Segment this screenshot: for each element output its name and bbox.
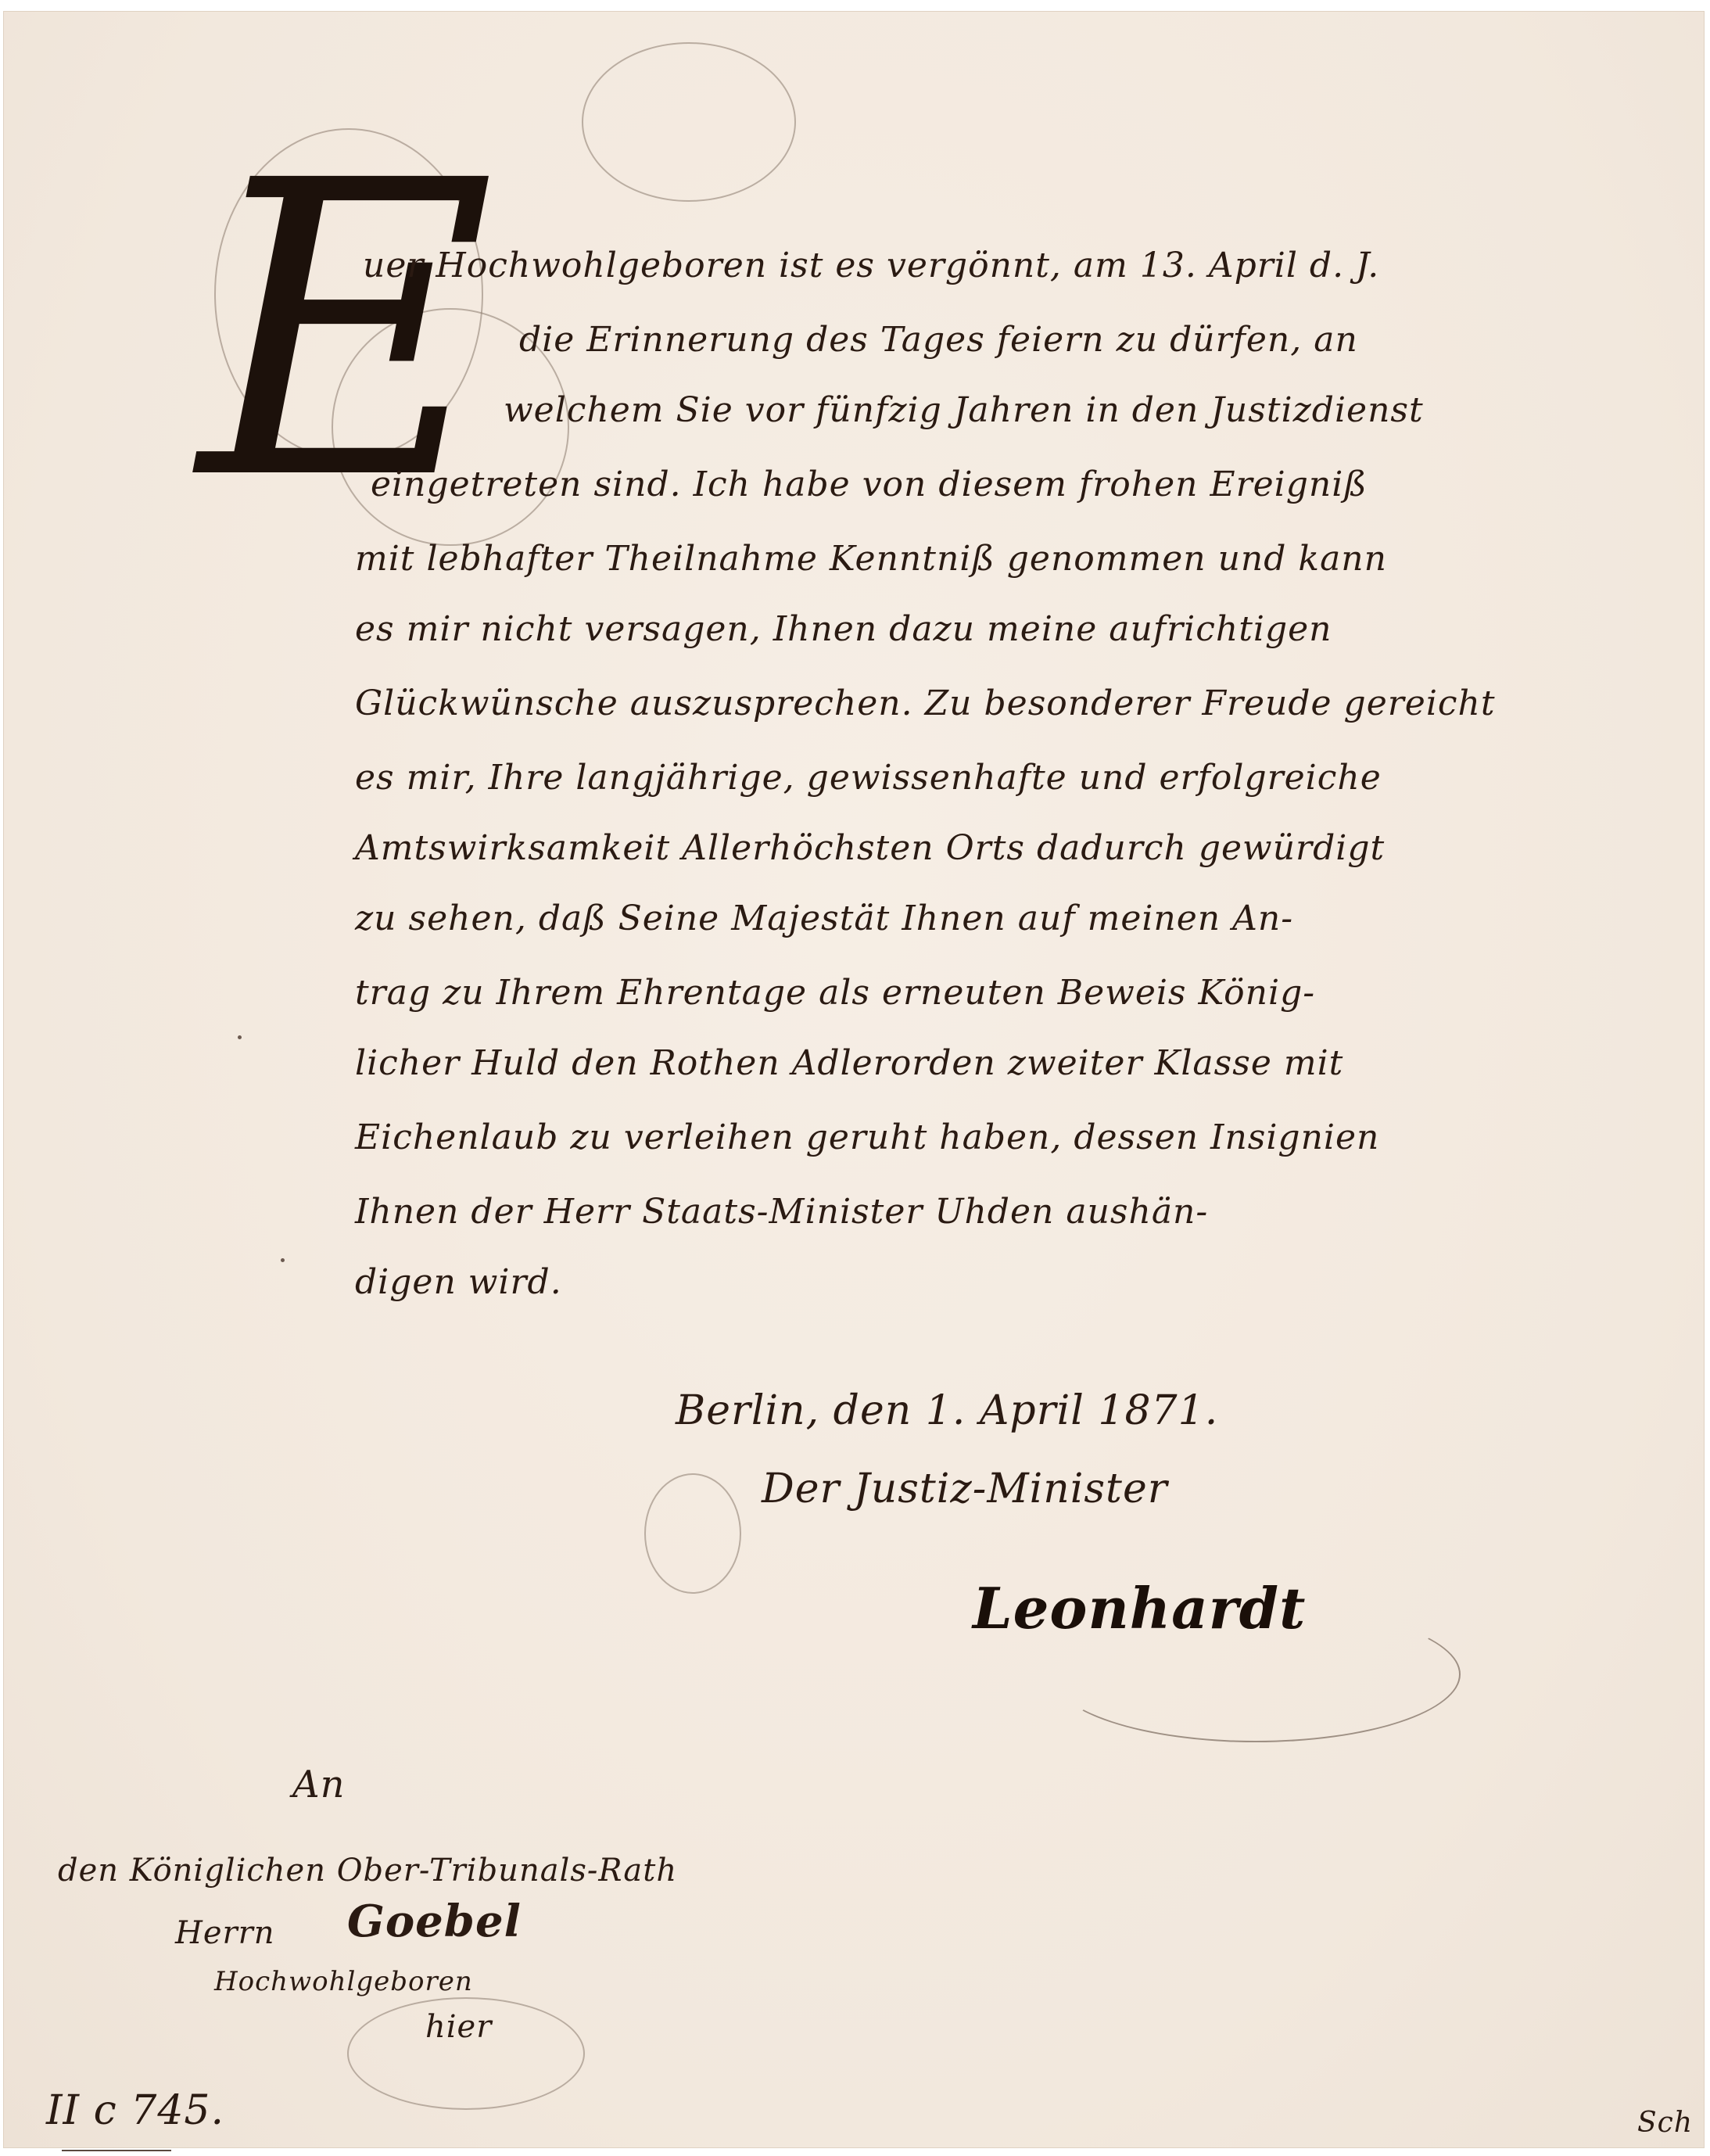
body-line-14: Ihnen der Herr Staats-Minister Uhden aus… bbox=[355, 1192, 1208, 1232]
sender-title: Der Justiz-Minister bbox=[762, 1465, 1168, 1512]
body-line-13: Eichenlaub zu verleihen geruht haben, de… bbox=[355, 1117, 1379, 1157]
signature-flourish bbox=[1051, 1606, 1461, 1742]
address-flourish bbox=[347, 1997, 585, 2110]
place-date: Berlin, den 1. April 1871. bbox=[676, 1387, 1218, 1434]
body-line-2: die Erinnerung des Tages feiern zu dürfe… bbox=[519, 320, 1358, 360]
recipient-honorific: Hochwohlgeboren bbox=[214, 1966, 473, 1997]
body-line-6: es mir nicht versagen, Ihnen dazu meine … bbox=[355, 609, 1332, 649]
margin-mark bbox=[238, 1035, 242, 1039]
initial-flourish-top bbox=[582, 42, 796, 202]
reference-number: II c 745. bbox=[46, 2087, 224, 2134]
margin-mark bbox=[281, 1258, 285, 1262]
address-line-1: den Königlichen Ober-Tribunals-Rath bbox=[58, 1853, 677, 1889]
body-line-1: uer Hochwohlgeboren ist es vergönnt, am … bbox=[363, 246, 1379, 285]
body-line-11: trag zu Ihrem Ehrentage als erneuten Bew… bbox=[355, 973, 1315, 1013]
title-flourish bbox=[644, 1473, 741, 1594]
reference-underline bbox=[62, 2150, 171, 2151]
body-line-9: Amtswirksamkeit Allerhöchsten Orts dadur… bbox=[355, 828, 1385, 868]
corner-mark: Sch bbox=[1637, 2107, 1693, 2139]
body-line-5: mit lebhafter Theilnahme Kenntniß genomm… bbox=[355, 539, 1387, 579]
body-line-4: eingetreten sind. Ich habe von diesem fr… bbox=[371, 465, 1368, 504]
body-line-12: licher Huld den Rothen Adlerorden zweite… bbox=[355, 1043, 1343, 1083]
body-line-10: zu sehen, daß Seine Majestät Ihnen auf m… bbox=[355, 899, 1293, 938]
letter-paper: E uer Hochwohlgeboren ist es vergönnt, a… bbox=[3, 11, 1705, 2148]
address-salutation: Herrn bbox=[175, 1915, 275, 1951]
body-line-3: welchem Sie vor fünfzig Jahren in den Ju… bbox=[504, 390, 1424, 430]
address-prefix: An bbox=[292, 1763, 346, 1806]
recipient-name: Goebel bbox=[347, 1896, 522, 1947]
body-line-8: es mir, Ihre langjährige, gewissenhafte … bbox=[355, 758, 1382, 798]
body-line-7: Glückwünsche auszusprechen. Zu besondere… bbox=[355, 683, 1496, 723]
body-line-15: digen wird. bbox=[355, 1262, 562, 1302]
